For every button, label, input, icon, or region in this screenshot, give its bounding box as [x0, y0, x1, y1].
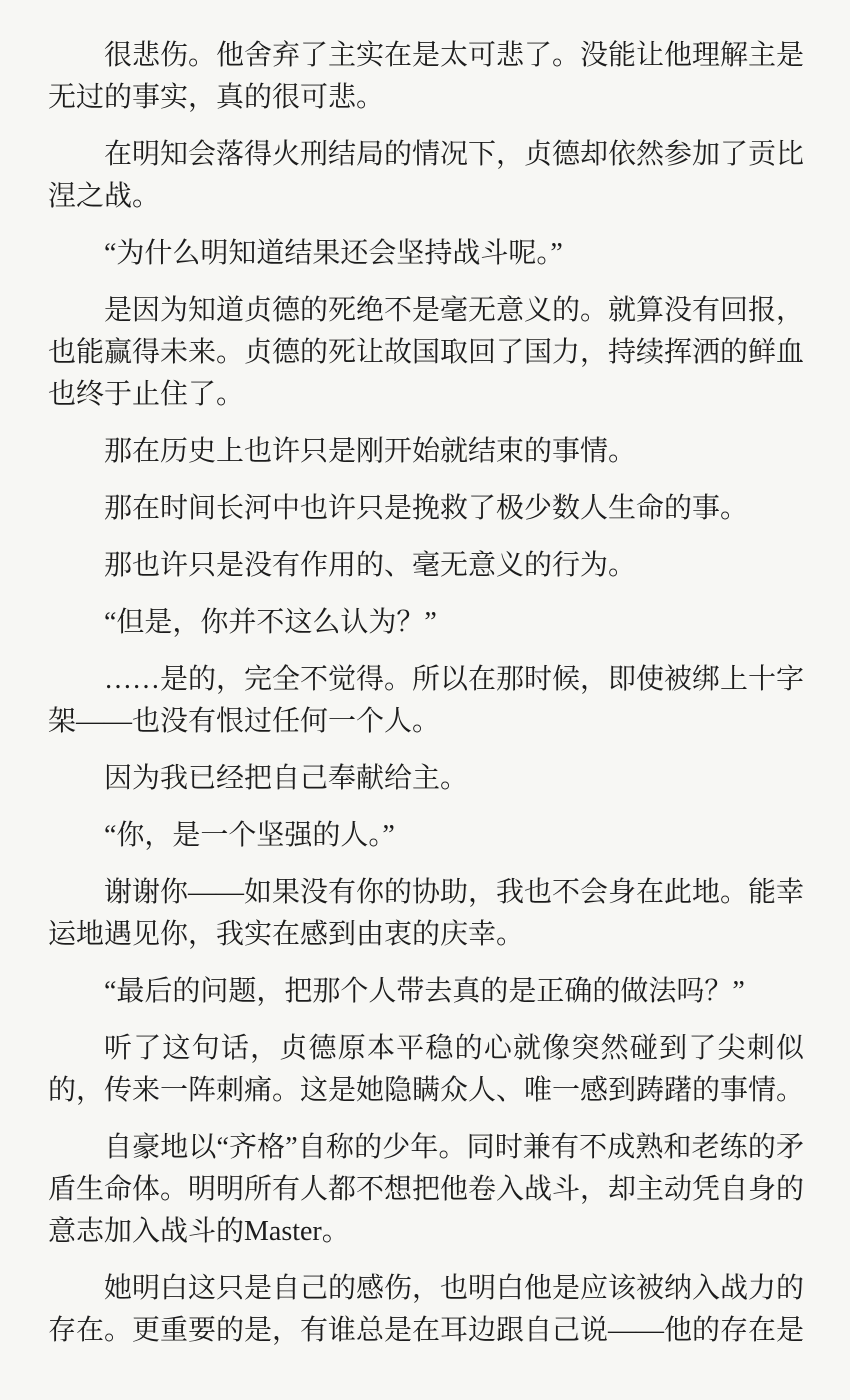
paragraph: 自豪地以“齐格”自称的少年。同时兼有不成熟和老练的矛盾生命体。明明所有人都不想把…: [48, 1127, 804, 1253]
paragraph: 是因为知道贞德的死绝不是毫无意义的。就算没有回报，也能赢得未来。贞德的死让故国取…: [48, 290, 804, 416]
paragraph: 听了这句话，贞德原本平稳的心就像突然碰到了尖刺似的，传来一阵刺痛。这是她隐瞒众人…: [48, 1028, 804, 1112]
paragraph: 那也许只是没有作用的、毫无意义的行为。: [48, 545, 804, 587]
paragraph: 很悲伤。他舍弃了主实在是太可悲了。没能让他理解主是无过的事实，真的很可悲。: [48, 35, 804, 119]
novel-text-page: 很悲伤。他舍弃了主实在是太可悲了。没能让他理解主是无过的事实，真的很可悲。 在明…: [0, 0, 850, 1400]
paragraph: 那在历史上也许只是刚开始就结束的事情。: [48, 431, 804, 473]
paragraph: 在明知会落得火刑结局的情况下，贞德却依然参加了贡比涅之战。: [48, 134, 804, 218]
paragraph-dialogue: “你，是一个坚强的人。”: [48, 815, 804, 857]
paragraph: ……是的，完全不觉得。所以在那时候，即使被绑上十字架——也没有恨过任何一个人。: [48, 659, 804, 743]
paragraph: 谢谢你——如果没有你的协助，我也不会身在此地。能幸运地遇见你，我实在感到由衷的庆…: [48, 872, 804, 956]
paragraph-dialogue: “最后的问题，把那个人带去真的是正确的做法吗？”: [48, 971, 804, 1013]
paragraph: 那在时间长河中也许只是挽救了极少数人生命的事。: [48, 488, 804, 530]
paragraph-dialogue: “为什么明知道结果还会坚持战斗呢。”: [48, 233, 804, 275]
paragraph-dialogue: “但是，你并不这么认为？”: [48, 602, 804, 644]
paragraph: 她明白这只是自己的感伤，也明白他是应该被纳入战力的存在。更重要的是，有谁总是在耳…: [48, 1268, 804, 1352]
paragraph: 因为我已经把自己奉献给主。: [48, 758, 804, 800]
